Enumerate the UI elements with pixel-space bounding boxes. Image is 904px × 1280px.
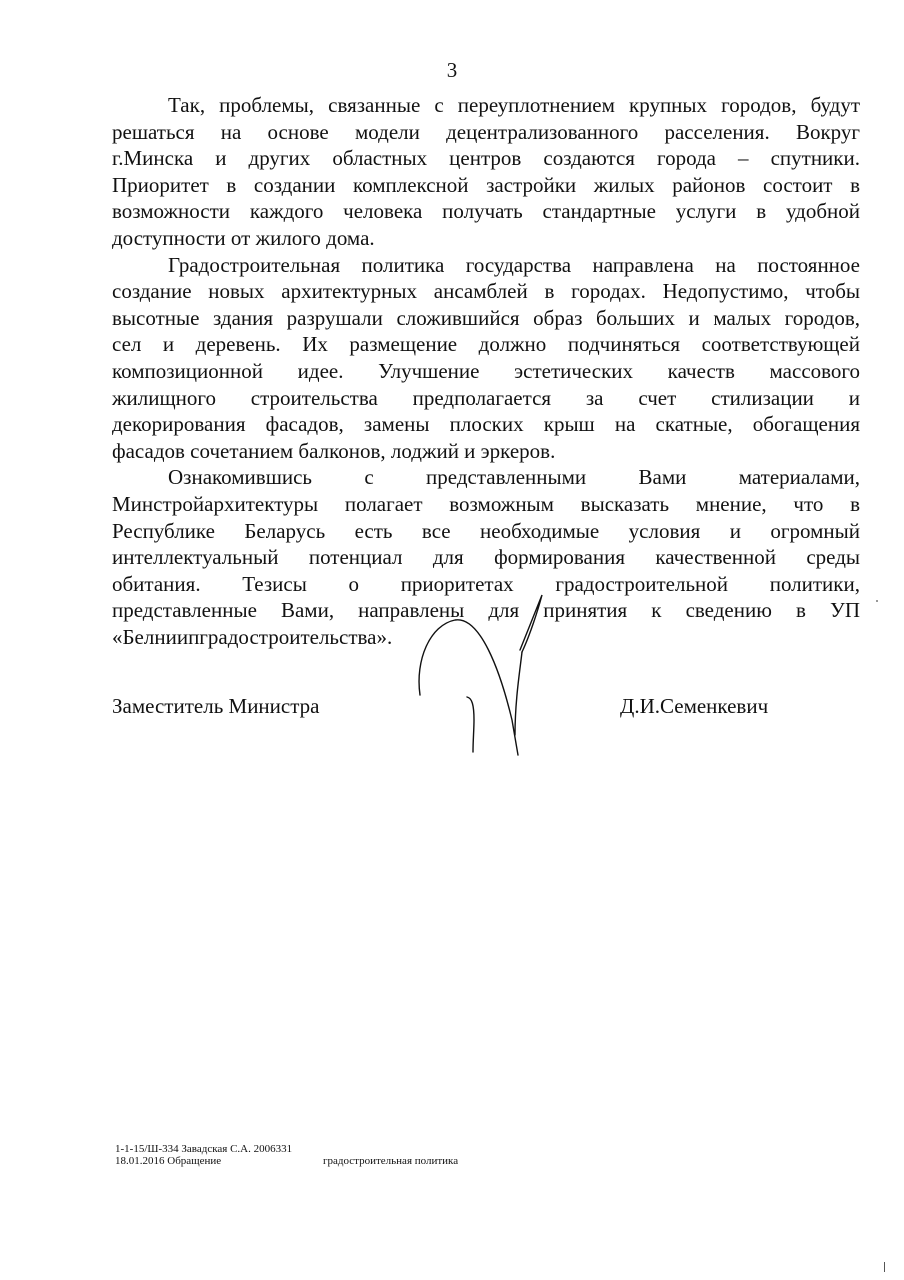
text-line: Так, проблемы, связанные с переуплотнени… bbox=[112, 92, 860, 119]
text-line: создание новых архитектурных ансамблей в… bbox=[112, 278, 860, 305]
text-line: доступности от жилого дома. bbox=[112, 225, 860, 252]
text-line: интеллектуальный потенциал для формирова… bbox=[112, 544, 860, 571]
date-and-type: 18.01.2016 Обращение bbox=[115, 1155, 221, 1167]
handwritten-signature-icon bbox=[400, 580, 580, 760]
paragraph-2: Градостроительная политика государства н… bbox=[112, 252, 860, 465]
text-line: композиционной идее. Улучшение эстетичес… bbox=[112, 358, 860, 385]
text-line: сел и деревень. Их размещение должно под… bbox=[112, 331, 860, 358]
paragraph-1: Так, проблемы, связанные с переуплотнени… bbox=[112, 92, 860, 252]
scan-artifact bbox=[876, 600, 878, 602]
text-line: Минстройархитектуры полагает возможным в… bbox=[112, 491, 860, 518]
text-line: жилищного строительства предполагается з… bbox=[112, 385, 860, 412]
text-line: Республике Беларусь есть все необходимые… bbox=[112, 518, 860, 545]
scan-artifact bbox=[884, 1262, 885, 1272]
text-line: г.Минска и других областных центров созд… bbox=[112, 145, 860, 172]
document-topic: градостроительная политика bbox=[323, 1155, 458, 1167]
page-number: 3 bbox=[0, 58, 904, 82]
signer-name: Д.И.Семенкевич bbox=[620, 693, 768, 719]
text-line: фасадов сочетанием балконов, лоджий и эр… bbox=[112, 438, 860, 465]
footer-line-1: 1-1-15/Ш-334 Завадская С.А. 2006331 bbox=[115, 1143, 292, 1155]
executor-footer: 1-1-15/Ш-334 Завадская С.А. 2006331 18.0… bbox=[115, 1143, 292, 1167]
footer-line-2: 18.01.2016 Обращение градостроительная п… bbox=[115, 1155, 292, 1167]
text-line: высотные здания разрушали сложившийся об… bbox=[112, 305, 860, 332]
letter-body: Так, проблемы, связанные с переуплотнени… bbox=[112, 92, 860, 650]
text-line: Приоритет в создании комплексной застрой… bbox=[112, 172, 860, 199]
text-line: Ознакомившись с представленными Вами мат… bbox=[112, 464, 860, 491]
reference-and-executor: 1-1-15/Ш-334 Завадская С.А. 2006331 bbox=[115, 1143, 292, 1155]
text-line: декорирования фасадов, замены плоских кр… bbox=[112, 411, 860, 438]
signer-title: Заместитель Министра bbox=[112, 693, 319, 719]
text-line: решаться на основе модели децентрализова… bbox=[112, 119, 860, 146]
text-line: Градостроительная политика государства н… bbox=[112, 252, 860, 279]
text-line: возможности каждого человека получать ст… bbox=[112, 198, 860, 225]
